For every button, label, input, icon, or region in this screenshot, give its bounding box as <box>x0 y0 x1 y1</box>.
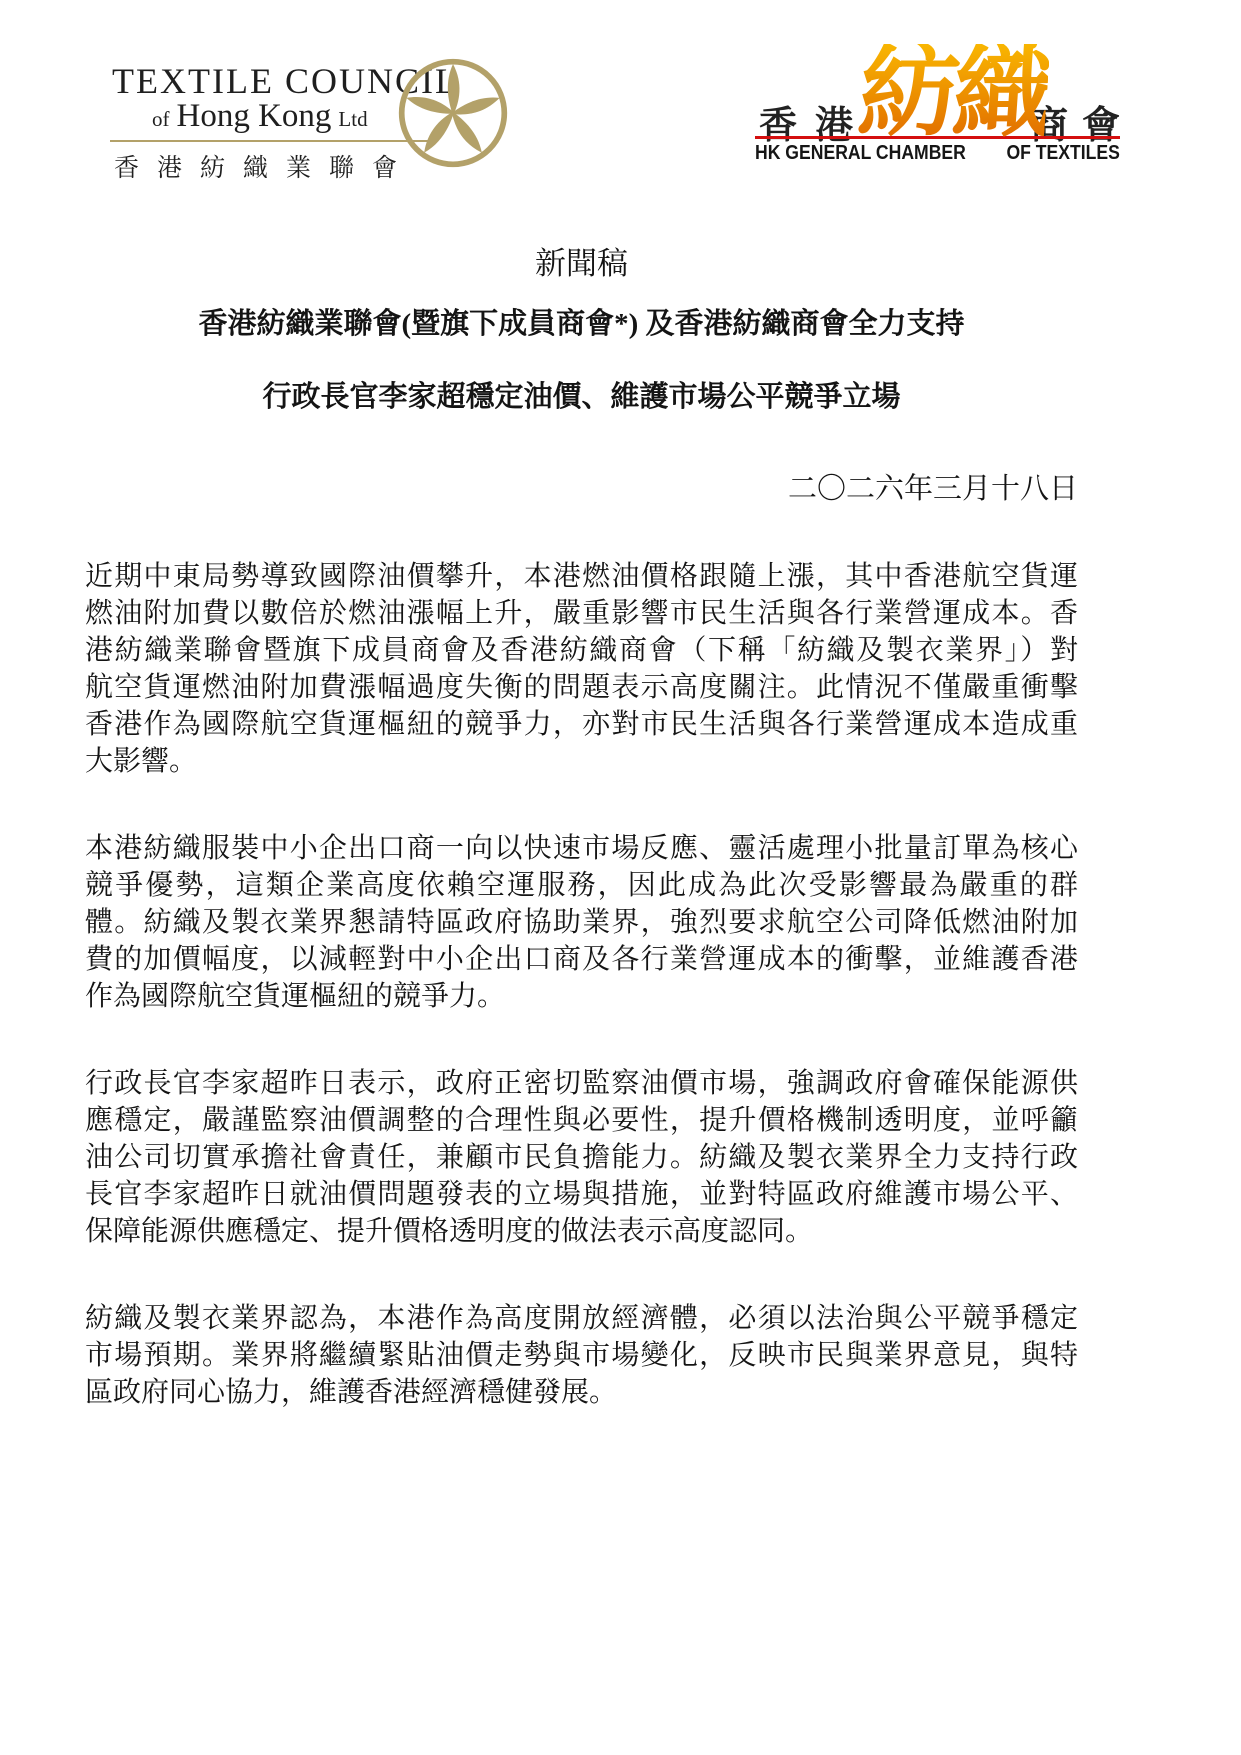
text-line: 油公司切實承擔社會責任，兼顧市民負擔能力。紡織及製衣業界全力支持行政 <box>85 1139 1078 1176</box>
of-text: of <box>152 107 170 131</box>
text-line: 作為國際航空貨運樞紐的競爭力。 <box>85 978 1078 1015</box>
pinwheel-emblem-icon <box>396 56 510 170</box>
paragraph: 紡織及製衣業界認為，本港作為高度開放經濟體，必須以法治與公平競爭穩定市場預期。業… <box>85 1300 1078 1411</box>
ltd-text: Ltd <box>338 107 367 131</box>
text-line: 市場預期。業界將繼續緊貼油價走勢與市場變化，反映市民與業界意見，與特 <box>85 1337 1078 1374</box>
textile-council-name-cn: 香港紡織業聯會 <box>114 148 415 184</box>
text-line: 香港作為國際航空貨運樞紐的競爭力，亦對市民生活與各行業營運成本造成重 <box>85 706 1078 743</box>
text-line: 長官李家超昨日就油價問題發表的立場與措施，並對特區政府維護市場公平、 <box>85 1176 1078 1213</box>
textile-council-logo: TEXTILE COUNCIL ofHong KongLtd 香港紡織業聯會 <box>100 56 510 178</box>
headline-line2: 行政長官李家超穩定油價、維護市場公平競爭立場 <box>85 374 1078 415</box>
text-line: 紡織及製衣業界認為，本港作為高度開放經濟體，必須以法治與公平競爭穩定 <box>85 1300 1078 1337</box>
paragraph: 行政長官李家超昨日表示，政府正密切監察油價市場，強調政府會確保能源供應穩定，嚴謹… <box>85 1065 1078 1250</box>
headline-line1: 香港紡織業聯會(暨旗下成員商會*) 及香港紡織商會全力支持 <box>85 301 1078 342</box>
body-paragraphs: 近期中東局勢導致國際油價攀升，本港燃油價格跟隨上漲，其中香港航空貨運燃油附加費以… <box>85 558 1078 1461</box>
textile-council-subtitle-en: ofHong KongLtd <box>152 98 368 135</box>
hong-kong-text: Hong Kong <box>177 98 332 134</box>
text-line: 費的加價幅度，以減輕對中小企出口商及各行業營運成本的衝擊，並維護香港 <box>85 941 1078 978</box>
paragraph: 本港紡織服裝中小企出口商一向以快速市場反應、靈活處理小批量訂單為核心競爭優勢，這… <box>85 830 1078 1015</box>
gold-divider <box>110 140 428 142</box>
text-line: 燃油附加費以數倍於燃油漲幅上升，嚴重影響市民生活與各行業營運成本。香 <box>85 595 1078 632</box>
text-line: 航空貨運燃油附加費漲幅過度失衡的問題表示高度關注。此情況不僅嚴重衝擊 <box>85 669 1078 706</box>
chamber-cn-prefix: 香港 <box>759 94 871 149</box>
doc-type-title: 新聞稿 <box>85 238 1078 283</box>
text-line: 應穩定，嚴謹監察油價調整的合理性與必要性，提升價格機制透明度，並呼籲 <box>85 1102 1078 1139</box>
text-line: 大影響。 <box>85 743 1078 780</box>
text-line: 本港紡織服裝中小企出口商一向以快速市場反應、靈活處理小批量訂單為核心 <box>85 830 1078 867</box>
general-chamber-logo: 香港 商會 HK GENERAL CHAMBER OF TEXTILES 紡織 <box>755 58 1120 166</box>
text-line: 競爭優勢，這類企業高度依賴空運服務，因此成為此次受影響最為嚴重的群 <box>85 867 1078 904</box>
brand-calligraphy: 紡織 <box>856 44 1051 144</box>
text-line: 港紡織業聯會暨旗下成員商會及香港紡織商會（下稱「紡織及製衣業界」）對 <box>85 632 1078 669</box>
date-line: 二〇二六年三月十八日 <box>85 466 1078 507</box>
press-release-page: TEXTILE COUNCIL ofHong KongLtd 香港紡織業聯會 香… <box>0 0 1241 1755</box>
paragraph: 近期中東局勢導致國際油價攀升，本港燃油價格跟隨上漲，其中香港航空貨運燃油附加費以… <box>85 558 1078 780</box>
text-line: 近期中東局勢導致國際油價攀升，本港燃油價格跟隨上漲，其中香港航空貨運 <box>85 558 1078 595</box>
text-line: 體。紡織及製衣業界懇請特區政府協助業界，強烈要求航空公司降低燃油附加 <box>85 904 1078 941</box>
text-line: 行政長官李家超昨日表示，政府正密切監察油價市場，強調政府會確保能源供 <box>85 1065 1078 1102</box>
text-line: 區政府同心協力，維護香港經濟穩健發展。 <box>85 1374 1078 1411</box>
text-line: 保障能源供應穩定、提升價格透明度的做法表示高度認同。 <box>85 1213 1078 1250</box>
